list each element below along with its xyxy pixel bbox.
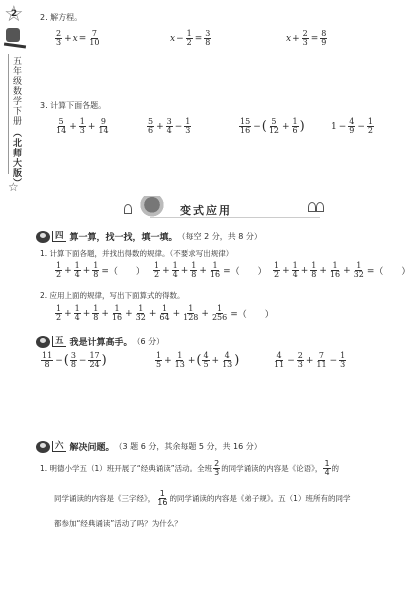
fraction: 18	[190, 262, 197, 279]
s4-q2-text: 2. 应用上面的规律，写出下面算式的得数。	[40, 290, 185, 301]
fraction: 1256	[211, 305, 228, 322]
sidebar: ☆ 2 五年级数学下册 （北师大版） ☆	[2, 4, 28, 204]
page-number-badge: ☆ 2	[4, 4, 24, 24]
fraction: 12	[153, 262, 160, 279]
fraction: 411	[273, 352, 285, 369]
edition-label: （北师大版）	[10, 128, 23, 188]
fraction: 38	[204, 30, 211, 47]
tree-icon	[308, 202, 316, 212]
fraction: 118	[41, 352, 53, 369]
fraction: 34	[166, 118, 173, 135]
fraction: 14	[172, 262, 179, 279]
equation-3: x+ 23 = 89	[286, 30, 328, 47]
s5-expression-2: 15+113+(45+413)	[154, 352, 239, 369]
calc-expression-2: 56+34−13	[146, 118, 192, 135]
page-number: 2	[11, 9, 17, 19]
section-number: 五	[52, 336, 66, 347]
section-title: 算一算，找一找，填一填。	[70, 230, 178, 243]
fraction: 12	[273, 262, 280, 279]
fraction: 1724	[88, 352, 100, 369]
fraction: 116	[156, 490, 168, 507]
section-number: 四	[52, 231, 66, 242]
book-title: 五年级数学下册	[10, 56, 23, 126]
mascot-icon	[36, 231, 50, 243]
sidebar-divider	[8, 54, 9, 174]
owl-mascot-icon	[6, 28, 20, 42]
fraction: 1128	[182, 305, 199, 322]
fraction: 711	[315, 352, 327, 369]
calc-expression-1: 514+13+914	[54, 118, 111, 135]
fraction: 12	[186, 30, 193, 47]
s4-q2-expression: 12+14+18+116+132+164+1128+1256=（ ）	[54, 305, 275, 322]
fraction: 12	[55, 262, 62, 279]
tree-icon	[124, 204, 132, 214]
fraction: 13	[79, 118, 86, 135]
fraction: 14	[323, 460, 330, 477]
fraction: 116	[329, 262, 341, 279]
fraction: 16	[292, 118, 299, 135]
pen-icon	[4, 42, 26, 48]
q2-title: 2. 解方程。	[40, 12, 82, 23]
calc-expression-4: 1−49−12	[330, 118, 375, 135]
fraction: 14	[292, 262, 299, 279]
fraction: 23	[297, 352, 304, 369]
fraction: 13	[184, 118, 191, 135]
mascot-icon	[36, 336, 50, 348]
fraction: 38	[70, 352, 77, 369]
section-banner: 变式应用	[120, 196, 340, 220]
fraction: 18	[92, 305, 99, 322]
fraction: 710	[88, 30, 100, 47]
fraction: 89	[320, 30, 327, 47]
fraction: 512	[268, 118, 280, 135]
fraction: 14	[74, 262, 81, 279]
banner-title: 变式应用	[180, 202, 232, 218]
fraction: 914	[97, 118, 109, 135]
s6-problem-line-3: 都参加“经典诵读”活动了吗？为什么？	[54, 518, 182, 529]
star-icon: ☆	[8, 180, 19, 194]
s4-q1-text: 1. 计算下面各题，并找出得数的规律。（不要求写出规律）	[40, 248, 233, 259]
cartoon-illustration-icon	[138, 196, 166, 218]
fraction: 1516	[239, 118, 251, 135]
s4-q1-expression-3: 12+14+18+116+132=（ ）	[272, 262, 411, 279]
fraction: 164	[158, 305, 170, 322]
fraction: 45	[202, 352, 209, 369]
fraction: 514	[55, 118, 67, 135]
fraction: 132	[353, 262, 365, 279]
fraction: 413	[221, 352, 233, 369]
s4-q1-expression-2: 12+14+18+116=（ ）	[152, 262, 268, 279]
fraction: 14	[74, 305, 81, 322]
q3-title: 3. 计算下面各题。	[40, 100, 106, 111]
section-number: 六	[52, 441, 66, 452]
section-score-note: （6 分）	[133, 336, 165, 347]
section-6-header: 六 解决问题。 （3 题 6 分，其余每题 5 分，共 16 分）	[36, 440, 262, 453]
fraction: 18	[92, 262, 99, 279]
fraction: 116	[111, 305, 123, 322]
section-4-header: 四 算一算，找一找，填一填。 （每空 2 分，共 8 分）	[36, 230, 262, 243]
banner-underline	[150, 217, 320, 218]
section-score-note: （每空 2 分，共 8 分）	[178, 231, 262, 242]
section-score-note: （3 题 6 分，其余每题 5 分，共 16 分）	[115, 441, 262, 452]
fraction: 116	[209, 262, 221, 279]
fraction: 23	[302, 30, 309, 47]
s4-q1-expression-1: 12+14+18=（ ）	[54, 262, 146, 279]
calc-expression-3: 1516−(512+16)	[238, 118, 305, 135]
fraction: 113	[174, 352, 186, 369]
fraction: 56	[147, 118, 154, 135]
section-title: 解决问题。	[70, 440, 115, 453]
fraction: 18	[310, 262, 317, 279]
fraction: 15	[155, 352, 162, 369]
fraction: 23	[213, 460, 220, 477]
fraction: 12	[367, 118, 374, 135]
s6-problem-line-1: 1. 明德小学五（1）班开展了“经典诵读”活动。全班 23 的同学诵读的内容是《…	[40, 460, 339, 477]
equation-1: 23 +x= 710	[54, 30, 101, 47]
fraction: 132	[135, 305, 147, 322]
fraction: 23	[55, 30, 62, 47]
s5-expression-3: 411−23+711−13	[272, 352, 347, 369]
s6-problem-line-2: 同学诵读的内容是《三字经》， 116 的同学诵读的内容是《弟子规》。五（1）班所…	[54, 490, 350, 507]
mascot-icon	[36, 441, 50, 453]
fraction: 49	[348, 118, 355, 135]
tree-icon	[316, 202, 324, 212]
fraction: 13	[339, 352, 346, 369]
fraction: 12	[55, 305, 62, 322]
s5-expression-1: 118−(38−1724)	[40, 352, 107, 369]
section-title: 我是计算高手。	[70, 335, 133, 348]
equation-2: x− 12 = 38	[170, 30, 212, 47]
section-5-header: 五 我是计算高手。 （6 分）	[36, 335, 164, 348]
